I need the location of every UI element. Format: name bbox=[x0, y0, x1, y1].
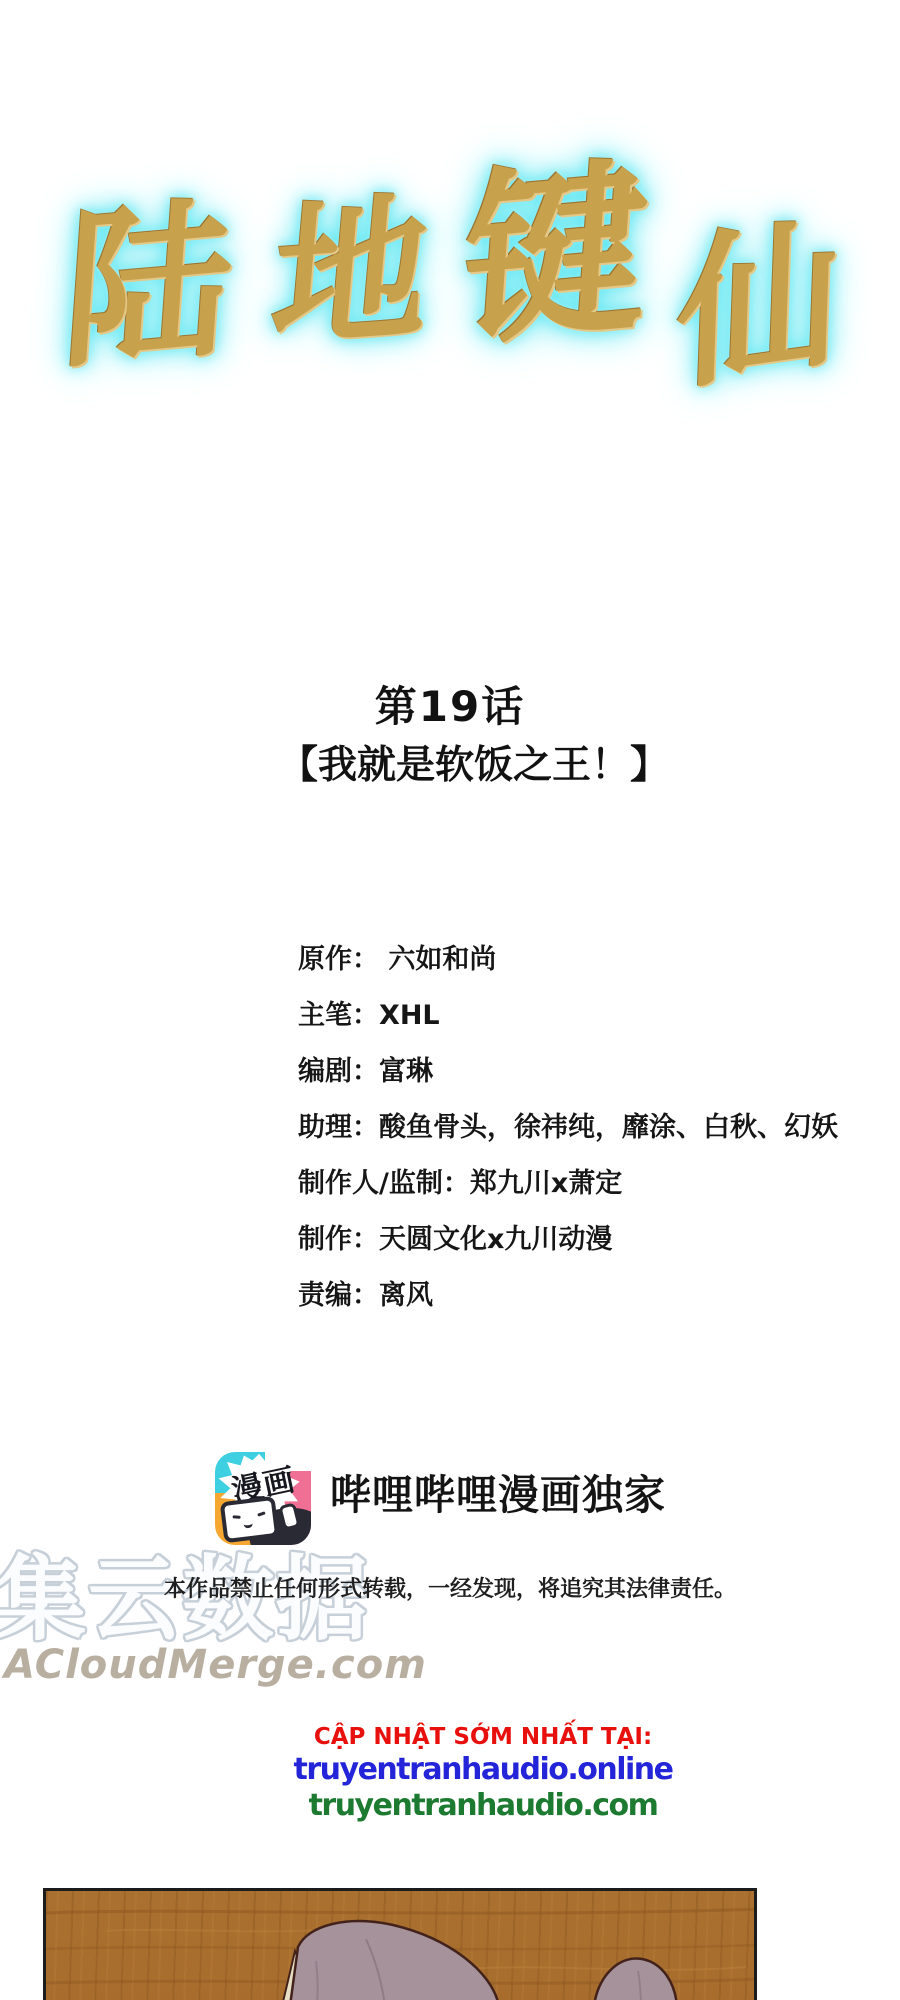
watermark-site: ACloudMerge.com bbox=[4, 1642, 427, 1688]
credit-line-editor: 责编：离风 bbox=[298, 1268, 838, 1324]
publisher-exclusive-text: 哔哩哔哩漫画独家 bbox=[330, 1462, 666, 1521]
credit-line-production: 制作：天圆文化x九川动漫 bbox=[298, 1212, 838, 1268]
credit-line-original-author: 原作： 六如和尚 bbox=[298, 932, 838, 988]
tv-eye bbox=[257, 1511, 266, 1516]
series-title-logo: 陆 地 键 仙 bbox=[64, 186, 842, 418]
update-site-com: truyentranhaudio.com bbox=[66, 1788, 900, 1823]
episode-title: 【我就是软饭之王！】 bbox=[24, 734, 900, 790]
tv-face-icon bbox=[220, 1496, 280, 1543]
credit-line-assistants: 助理：酸鱼骨头，徐祎纯，靡涂、白秋、幻妖 bbox=[298, 1100, 838, 1156]
credits-block: 原作： 六如和尚 主笔：XHL 编剧：富琳 助理：酸鱼骨头，徐祎纯，靡涂、白秋、… bbox=[298, 932, 838, 1324]
comic-panel bbox=[43, 1888, 757, 2000]
tv-eye bbox=[232, 1515, 240, 1519]
series-title-char: 陆 bbox=[58, 194, 237, 378]
series-title-char: 键 bbox=[456, 155, 653, 358]
comic-title-page: { "page_bg": "#ffffff", "series_title": … bbox=[0, 0, 900, 2000]
episode-number: 第19话 bbox=[0, 674, 900, 734]
update-heading: CẬP NHẬT SỚM NHẤT TẠI: bbox=[66, 1724, 900, 1750]
update-site-online: truyentranhaudio.online bbox=[66, 1752, 900, 1787]
series-title-char: 地 bbox=[267, 190, 437, 358]
bilibili-manga-app-icon: 漫画 bbox=[215, 1452, 311, 1545]
credit-line-producer: 制作人/监制：郑九川x萧定 bbox=[298, 1156, 838, 1212]
credit-line-lead-artist: 主笔：XHL bbox=[298, 988, 838, 1044]
comic-panel-art bbox=[46, 1891, 757, 2000]
credit-line-screenwriter: 编剧：富琳 bbox=[298, 1044, 838, 1100]
series-title-char: 仙 bbox=[674, 212, 841, 400]
copyright-notice: 本作品禁止任何形式转载，一经发现，将追究其法律责任。 bbox=[0, 1572, 900, 1603]
update-info-block: CẬP NHẬT SỚM NHẤT TẠI: truyentranhaudio.… bbox=[66, 1724, 900, 1823]
tv-mouth bbox=[243, 1519, 253, 1529]
